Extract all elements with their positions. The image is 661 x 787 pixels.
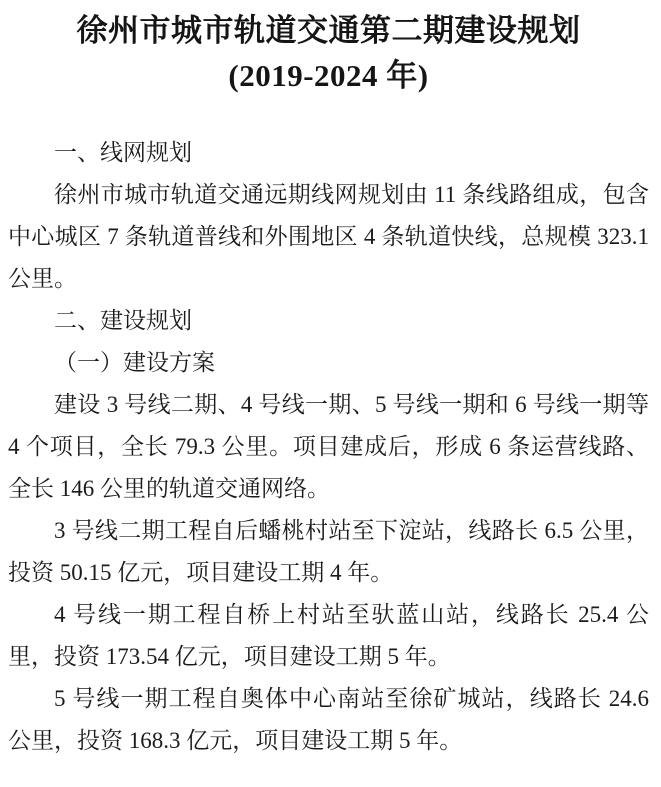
section-heading-construction-plan: 二、建设规划	[8, 300, 649, 342]
document-title: 徐州市城市轨道交通第二期建设规划 (2019-2024 年)	[8, 8, 649, 98]
paragraph-network-plan: 徐州市城市轨道交通远期线网规划由 11 条线路组成，包含中心城区 7 条轨道普线…	[8, 174, 649, 300]
section-heading-network-plan: 一、线网规划	[8, 132, 649, 174]
document-page: 徐州市城市轨道交通第二期建设规划 (2019-2024 年) 一、线网规划 徐州…	[0, 0, 661, 787]
document-body: 一、线网规划 徐州市城市轨道交通远期线网规划由 11 条线路组成，包含中心城区 …	[8, 132, 649, 762]
paragraph-line5-phase1: 5 号线一期工程自奥体中心南站至徐矿城站，线路长 24.6 公里，投资 168.…	[8, 678, 649, 762]
paragraph-line4-phase1: 4 号线一期工程自桥上村站至驮蓝山站，线路长 25.4 公里，投资 173.54…	[8, 594, 649, 678]
paragraph-line3-phase2: 3 号线二期工程自后蟠桃村站至下淀站，线路长 6.5 公里，投资 50.15 亿…	[8, 510, 649, 594]
document-title-line2: (2019-2024 年)	[8, 53, 649, 98]
subsection-heading-construction-scheme: （一）建设方案	[8, 342, 649, 384]
paragraph-project-overview: 建设 3 号线二期、4 号线一期、5 号线一期和 6 号线一期等 4 个项目，全…	[8, 384, 649, 510]
document-title-line1: 徐州市城市轨道交通第二期建设规划	[8, 8, 649, 53]
